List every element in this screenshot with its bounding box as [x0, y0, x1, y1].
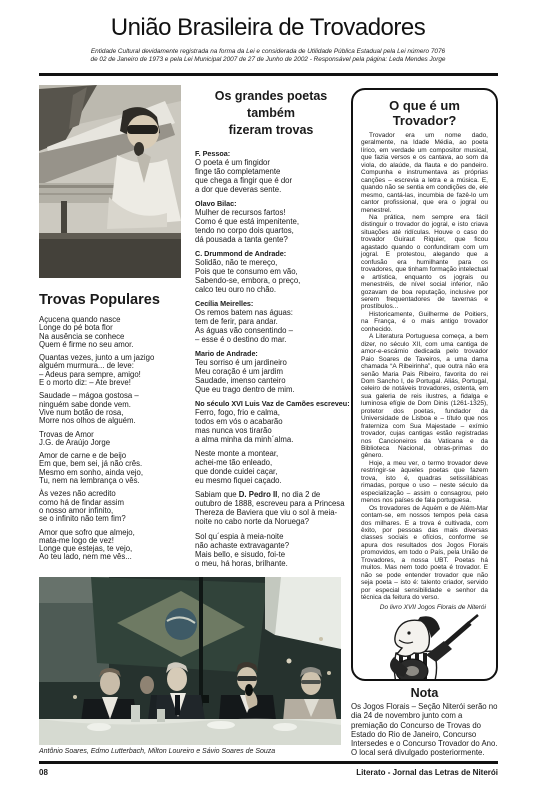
- poem-entry: Neste monte a montear,achei-me tão enlea…: [195, 449, 347, 485]
- poet-name: No século XVI Luis Vaz de Camões escreve…: [195, 399, 347, 408]
- poem-entry: Olavo Bilac:Mulher de recursos fartos!Co…: [195, 199, 347, 244]
- poet-name: C. Drummond de Andrade:: [195, 249, 347, 258]
- mid-heading-line-1: Os grandes poetas também: [195, 88, 347, 122]
- middle-column-entries: F. Pessoa:O poeta é um fingidorfinge tão…: [195, 149, 347, 485]
- poem-line: Solidão, não te mereço,: [195, 258, 347, 267]
- nota-section: Nota Os Jogos Florais – Seção Niterói se…: [351, 686, 498, 758]
- poem-line: Quem é firme no seu amor.: [39, 341, 182, 349]
- trovador-attribution: Do livro XVII Jogos Florais de Niterói: [361, 604, 486, 611]
- mid-heading-line-2: fizeram trovas: [195, 122, 347, 139]
- poem-line: a alma minha da minh´alma.: [195, 435, 347, 444]
- dpedro-bold: D. Pedro II: [239, 490, 278, 499]
- middle-column: Os grandes poetas também fizeram trovas …: [195, 88, 347, 573]
- poem-line: calco teu ouro no chão.: [195, 285, 347, 294]
- stanza: Às vezes não acreditocomo há de findar a…: [39, 490, 182, 523]
- poem-line: tem de ferir, para andar.: [195, 317, 347, 326]
- poem-line: dá pousada a tanta gente?: [195, 235, 347, 244]
- photo-caption: Antônio Soares, Edmo Lutterbach, Milton …: [39, 748, 359, 755]
- left-column: Trovas Populares Açucena quando nasceLon…: [39, 85, 182, 567]
- middle-column-heading: Os grandes poetas também fizeram trovas: [195, 88, 347, 139]
- poem-line: Pois que te consumo em vão,: [195, 267, 347, 276]
- poem-line: E o morto diz: – Ate breve!: [39, 379, 182, 387]
- poem-line: Saudade, imenso canteiro: [195, 376, 347, 385]
- poem-line: Mulher de recursos fartos!: [195, 208, 347, 217]
- page-title: União Brasileira de Trovadores: [0, 14, 536, 42]
- poem-entry: F. Pessoa:O poeta é um fingidorfinge tão…: [195, 149, 347, 194]
- poem-line: tendo no corpo dois quartos,: [195, 226, 347, 235]
- subtitle-line-1: Entidade Cultural devidamente registrada…: [38, 48, 498, 56]
- box-paragraph: Historicamente, Guilherme de Poitiers, n…: [361, 311, 488, 333]
- dpedro-note: Sabiam que D. Pedro II, no dia 2 de outu…: [195, 490, 347, 526]
- journal-name: Literato - Jornal das Letras de Niterói: [238, 768, 498, 777]
- poem-line: Como é que está impenitente,: [195, 217, 347, 226]
- poem-line: achei-me tão enleado,: [195, 458, 347, 467]
- poem-line: Mais bello, e sisudo, foi-te: [195, 550, 347, 559]
- poet-name: Cecília Meirelles:: [195, 299, 347, 308]
- poem-line: finge tão completamente: [195, 167, 347, 176]
- final-stanza: Sol qu´espia à meia-noitenão achaste ext…: [195, 532, 347, 568]
- troubadour-jester-drawing: [366, 613, 484, 681]
- poem-line: mas nunca vos tirarão: [195, 426, 347, 435]
- poem-line: o meu, há horas, brilhante.: [195, 559, 347, 568]
- trovador-article-box: O que é um Trovador? Trovador era um nom…: [351, 88, 498, 681]
- footer-rule: [39, 761, 498, 764]
- stanza: Trovas de AmorJ.G. de Araújo Jorge: [39, 431, 182, 448]
- poem-line: eu mesmo fiquei caçado.: [195, 476, 347, 485]
- poem-line: Os remos batem nas águas:: [195, 308, 347, 317]
- poem-line: que chega a fingir que é dor: [195, 176, 347, 185]
- box-paragraph: Hoje, a meu ver, o termo trovador deve r…: [361, 460, 488, 505]
- poem-line: Sol qu´espia à meia-noite: [195, 532, 347, 541]
- poem-line: a dor que deveras sente.: [195, 185, 347, 194]
- subtitle-line-2: de 02 de Janeiro de 1973 e pela Lei Muni…: [38, 56, 498, 64]
- poem-line: Que eu trago dentro de mim.: [195, 385, 347, 394]
- poem-entry: Cecília Meirelles:Os remos batem nas águ…: [195, 299, 347, 344]
- poem-line: não achaste extravagante?: [195, 541, 347, 550]
- photo-man-at-piano: [39, 85, 181, 278]
- stanza: Amor de carne e de beijoEm que, bem sei,…: [39, 452, 182, 485]
- stanza: Quantas vezes, junto a um jazigoalguém m…: [39, 354, 182, 387]
- troubadour-illustration: [361, 613, 488, 681]
- left-column-stanzas: Açucena quando nasceLonge do pé bota flo…: [39, 316, 182, 562]
- photo-banquet-table: [39, 577, 341, 745]
- poem-line: Tu, nem na lembrança o vês.: [39, 477, 182, 485]
- poem-line: As águas vão consentindo –: [195, 326, 347, 335]
- poem-line: todos em vós o acabarão: [195, 417, 347, 426]
- newspaper-page: União Brasileira de Trovadores Entidade …: [0, 0, 536, 800]
- left-column-heading: Trovas Populares: [39, 292, 182, 308]
- poet-name: Olavo Bilac:: [195, 199, 347, 208]
- poem-line: Morre nos olhos de alguém.: [39, 417, 182, 425]
- poem-line: Sabendo-se, embora, o preço,: [195, 276, 347, 285]
- poet-name: F. Pessoa:: [195, 149, 347, 158]
- poem-line: Ao teu lado, nem me vês...: [39, 553, 182, 561]
- masthead-subtitle: Entidade Cultural devidamente registrada…: [38, 48, 498, 64]
- poem-entry: C. Drummond de Andrade:Solidão, não te m…: [195, 249, 347, 294]
- box-paragraph: Os trovadores de Aquém e de Além-Mar con…: [361, 505, 488, 602]
- box-paragraph: A Literatura Portuguesa começa, a bem di…: [361, 333, 488, 460]
- poem-line: Neste monte a montear,: [195, 449, 347, 458]
- box-paragraph: Na prática, nem sempre era fácil disting…: [361, 214, 488, 311]
- trovador-paragraphs: Trovador era um nome dado, geralmente, n…: [361, 132, 488, 602]
- box-paragraph: Trovador era um nome dado, geralmente, n…: [361, 132, 488, 214]
- poem-line: Meu coração é um jardim: [195, 367, 347, 376]
- stanza: Amor que sofro que almejo,mata-me logo d…: [39, 529, 182, 562]
- page-number: 08: [39, 768, 48, 777]
- poem-line: J.G. de Araújo Jorge: [39, 439, 182, 447]
- poem-line: Ferro, fogo, frio e calma,: [195, 408, 347, 417]
- header-rule: [39, 73, 498, 76]
- poem-line: se o infinito não tem fim?: [39, 515, 182, 523]
- trovador-box-title: O que é um Trovador?: [361, 98, 488, 128]
- poem-line: que donde cuidei caçar,: [195, 467, 347, 476]
- poem-line: – esse é o destino do mar.: [195, 335, 347, 344]
- nota-text: Os Jogos Florais – Seção Niterói serão n…: [351, 702, 498, 758]
- stanza: Açucena quando nasceLonge do pé bota flo…: [39, 316, 182, 349]
- nota-title: Nota: [351, 686, 498, 700]
- poem-entry: Mario de Andrade:Teu sorriso é um jardin…: [195, 349, 347, 394]
- poem-line: O poeta é um fingidor: [195, 158, 347, 167]
- poem-line: Teu sorriso é um jardineiro: [195, 358, 347, 367]
- poem-entry: No século XVI Luis Vaz de Camões escreve…: [195, 399, 347, 444]
- poet-name: Mario de Andrade:: [195, 349, 347, 358]
- stanza: Saudade – mágoa gostosa –ninguém sabe do…: [39, 392, 182, 425]
